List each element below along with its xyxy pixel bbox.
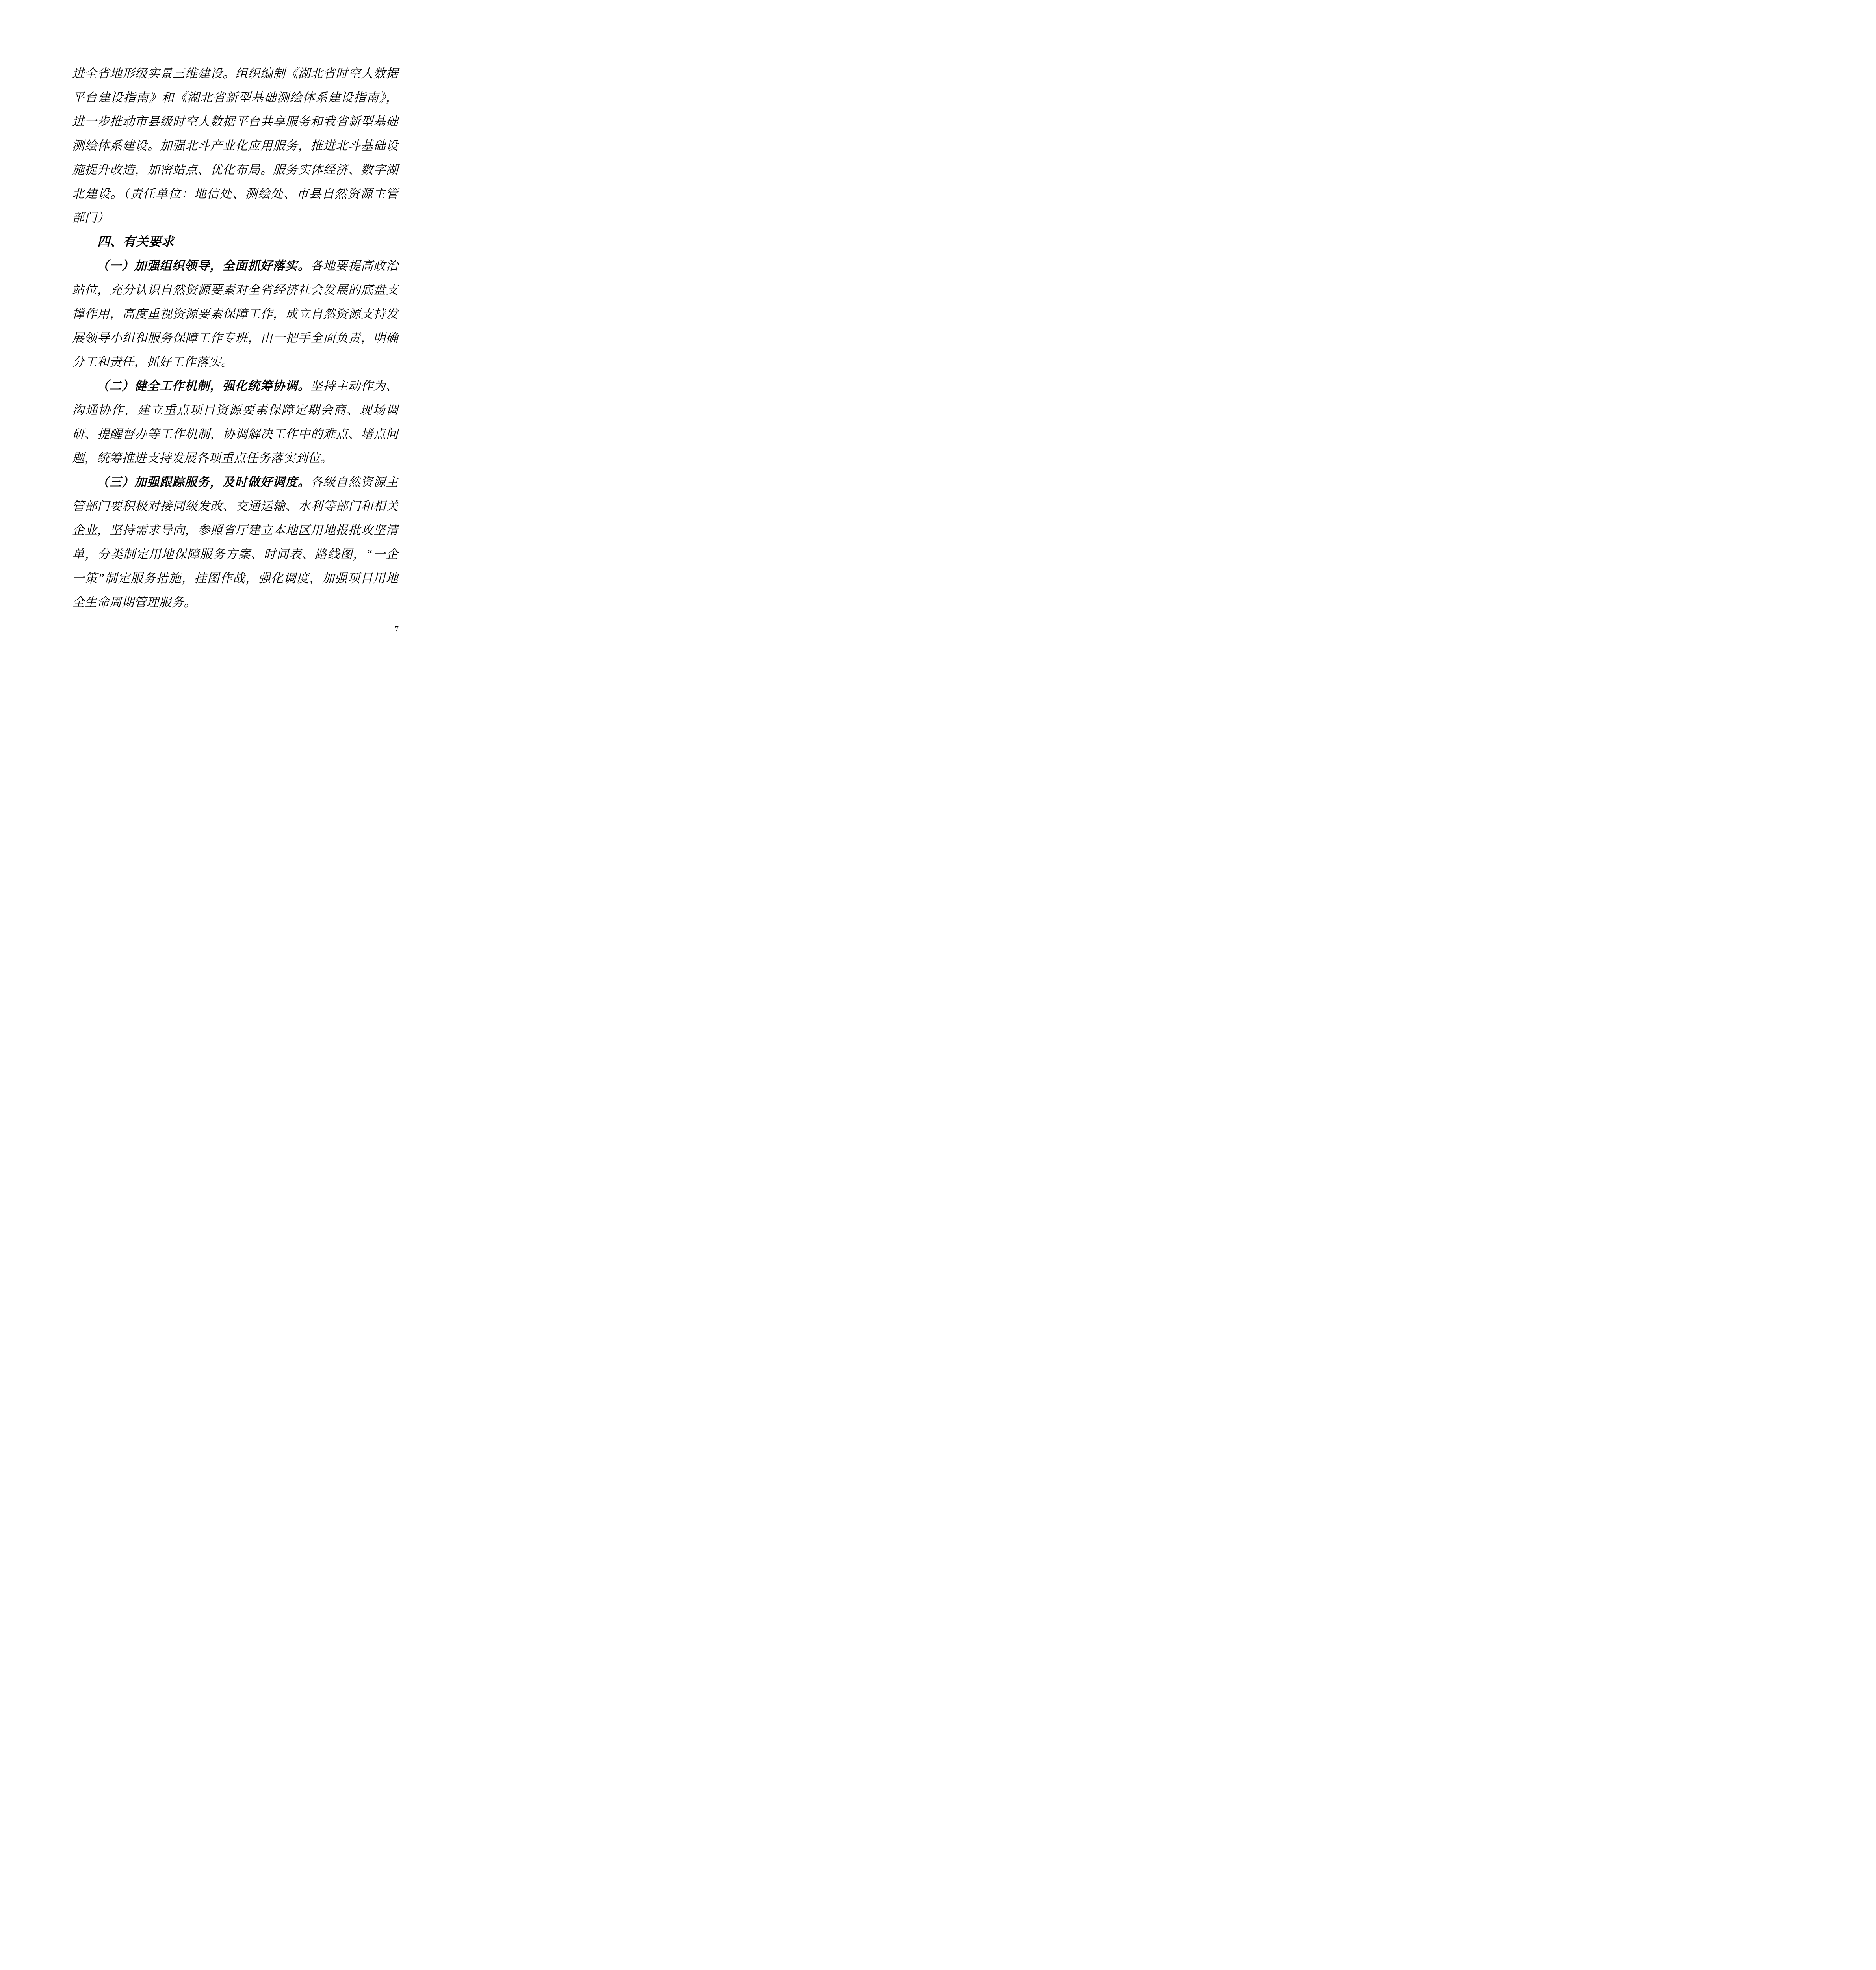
paragraph-item-3: （三）加强跟踪服务，及时做好调度。各级自然资源主管部门要积极对接同级发改、交通运… [72, 470, 398, 614]
paragraph-text: 各地要提高政治站位，充分认识自然资源要素对全省经济社会发展的底盘支撑作用，高度重… [72, 259, 398, 369]
section-heading: 四、有关要求 [72, 230, 398, 254]
paragraph-item-2: （二）健全工作机制，强化统筹协调。坚持主动作为、沟通协作，建立重点项目资源要素保… [72, 374, 398, 470]
document-body: 进全省地形级实景三维建设。组织编制《湖北省时空大数据平台建设指南》和《湖北省新型… [72, 61, 398, 614]
paragraph-continuation: 进全省地形级实景三维建设。组织编制《湖北省时空大数据平台建设指南》和《湖北省新型… [72, 61, 398, 230]
paragraph-lead: （二）健全工作机制，强化统筹协调。 [97, 379, 310, 393]
document-page: 进全省地形级实景三维建设。组织编制《湖北省时空大数据平台建设指南》和《湖北省新型… [0, 0, 469, 663]
paragraph-lead: （三）加强跟踪服务，及时做好调度。 [97, 475, 310, 489]
paragraph-text: 进全省地形级实景三维建设。组织编制《湖北省时空大数据平台建设指南》和《湖北省新型… [72, 67, 398, 225]
page-number: 7 [395, 624, 399, 634]
paragraph-text: 各级自然资源主管部门要积极对接同级发改、交通运输、水利等部门和相关企业，坚持需求… [72, 475, 398, 609]
paragraph-item-1: （一）加强组织领导，全面抓好落实。各地要提高政治站位，充分认识自然资源要素对全省… [72, 254, 398, 374]
paragraph-lead: （一）加强组织领导，全面抓好落实。 [97, 259, 310, 273]
section-heading-text: 四、有关要求 [97, 234, 174, 249]
